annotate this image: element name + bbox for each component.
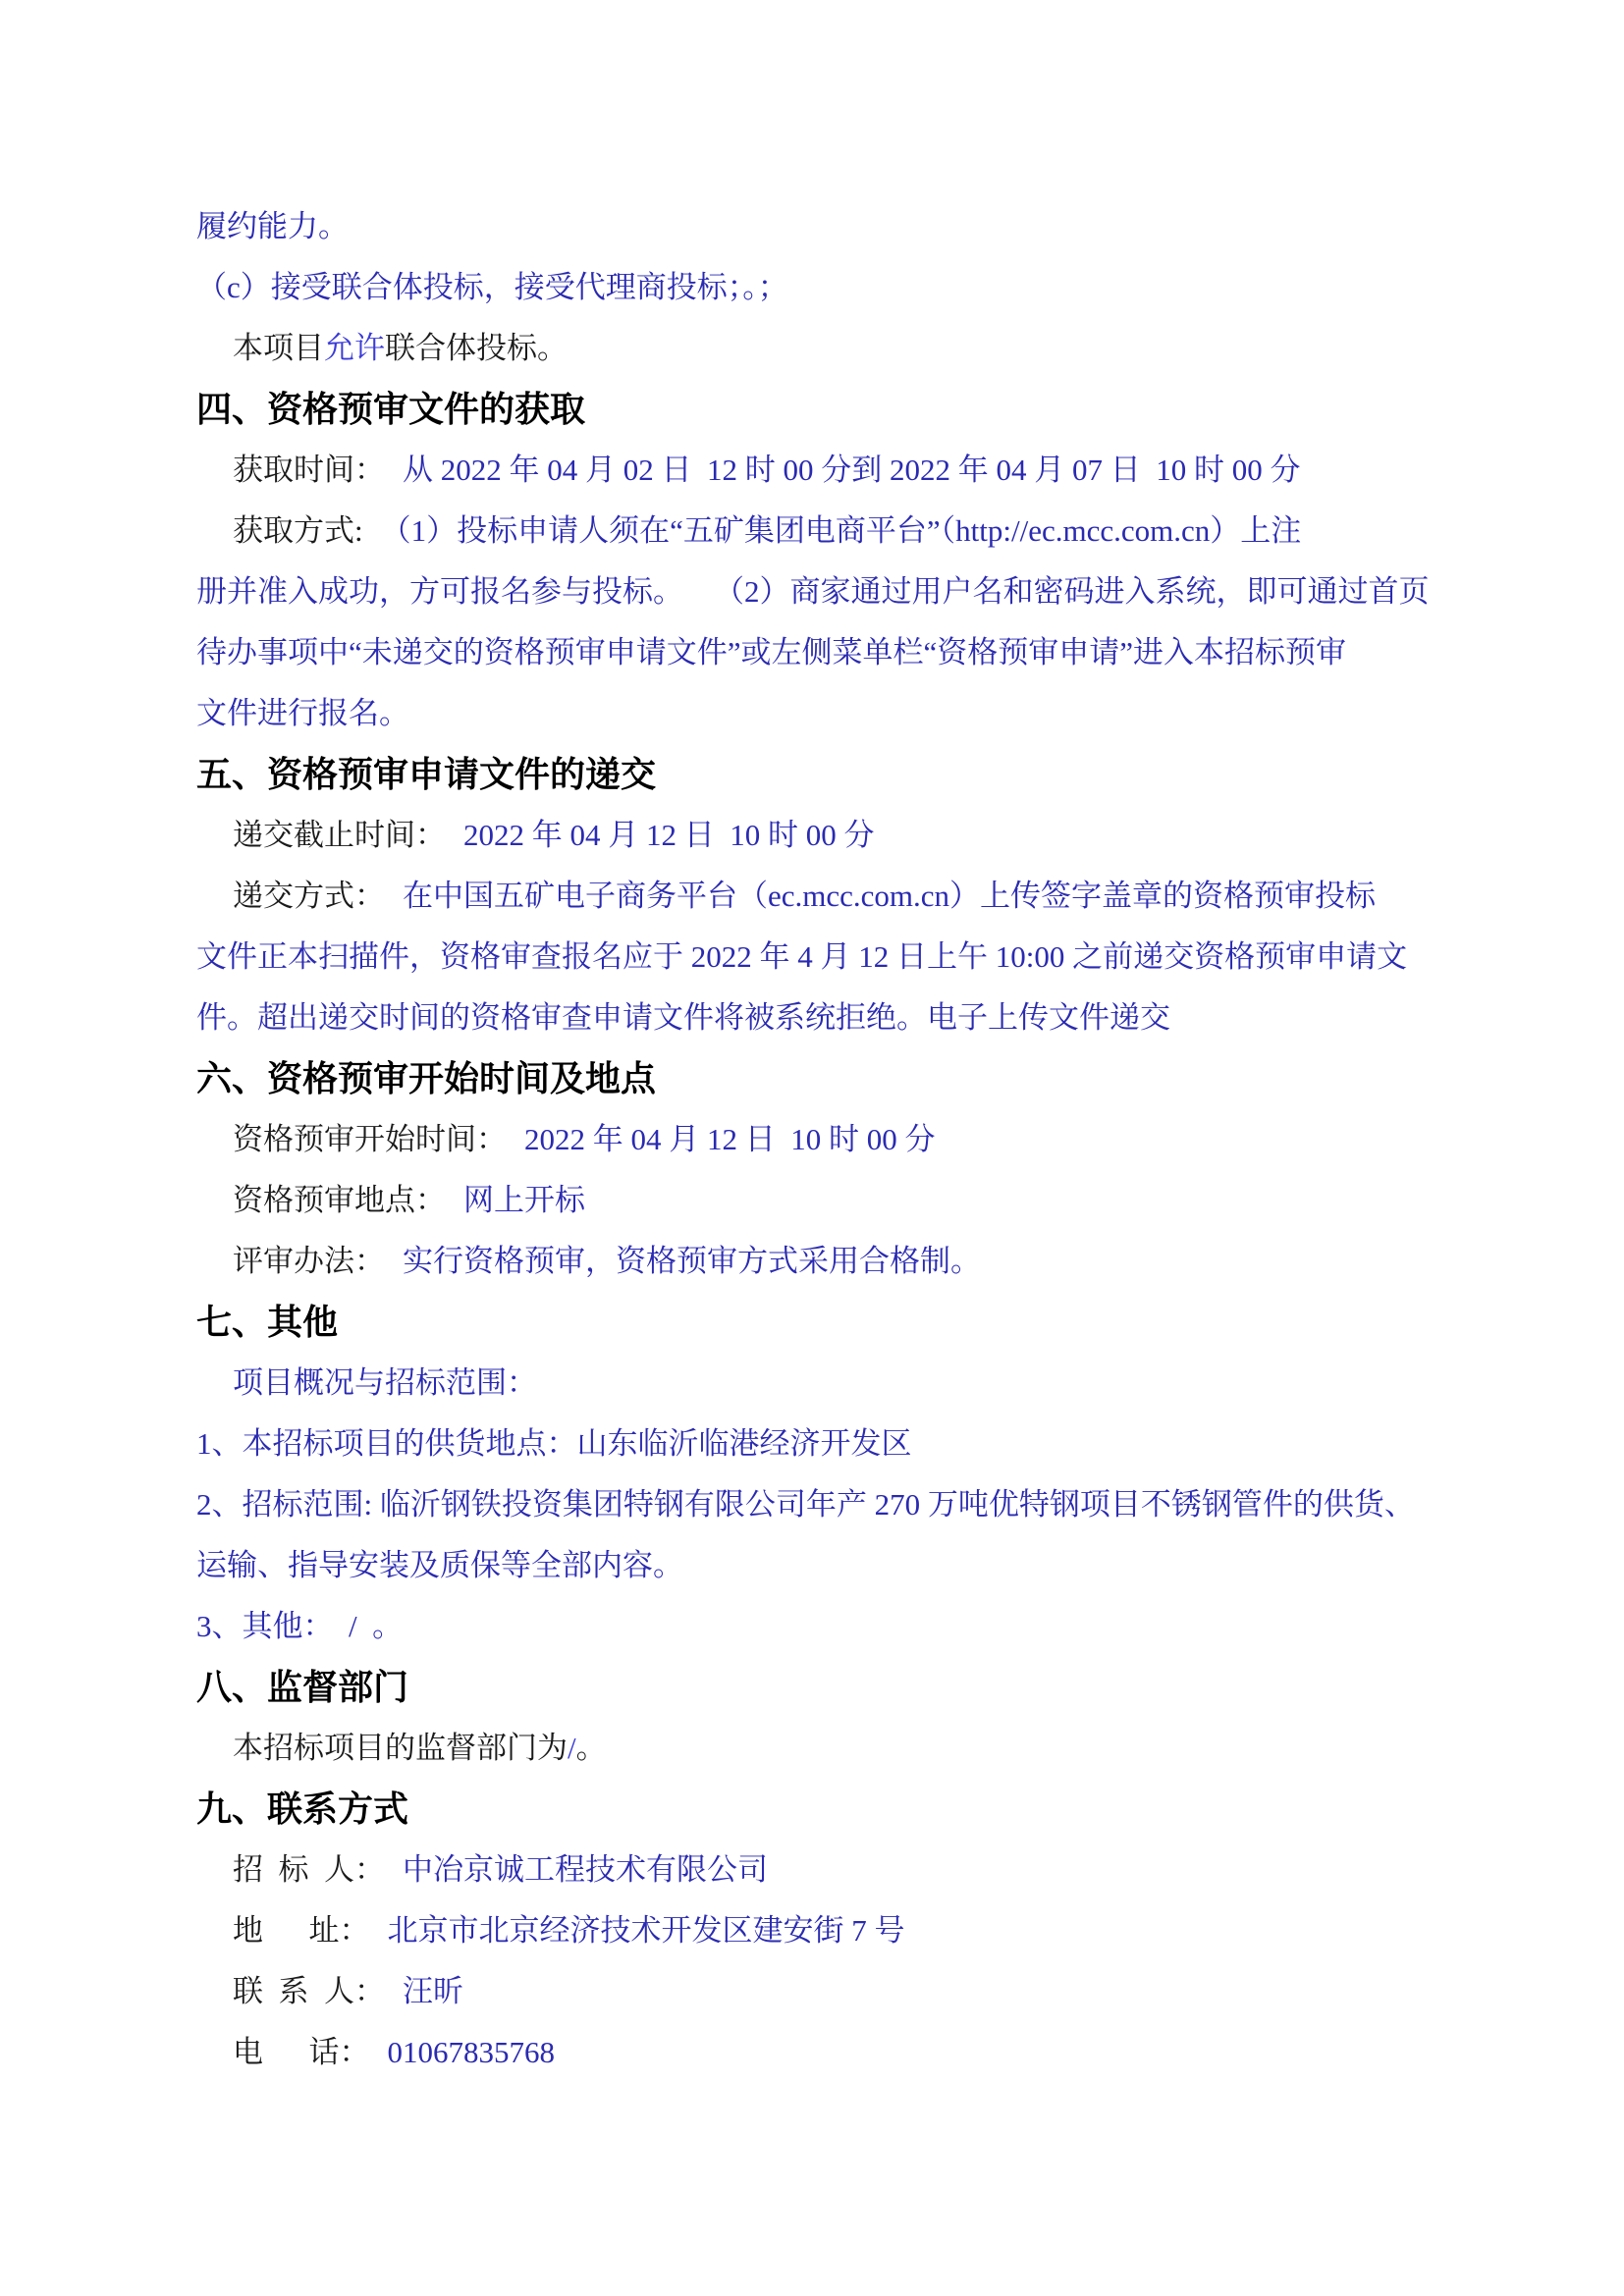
heading-section-7: 七、其他 — [196, 1292, 1463, 1353]
obtain-time-label: 获取时间： — [233, 453, 403, 487]
obtain-time-value: 从 2022 年 04 月 02 日 12 时 00 分到 2022 年 04 … — [403, 453, 1301, 487]
submit-method-line-2: 文件正本扫描件，资格审查报名应于 2022 年 4 月 12 日上午 10:00… — [196, 927, 1463, 988]
heading-section-6: 六、资格预审开始时间及地点 — [196, 1048, 1463, 1109]
contact-row-person: 联 系 人：汪昕 — [196, 1961, 1463, 2022]
heading-section-9: 九、联系方式 — [196, 1779, 1463, 1840]
supply-location-line: 1、本招标项目的供货地点：山东临沂临港经济开发区 — [196, 1414, 1463, 1474]
submit-method-label: 递交方式： — [233, 879, 403, 913]
contact-bidder-value: 中冶京诚工程技术有限公司 — [403, 1852, 768, 1887]
contact-phone-label: 电 话： — [233, 2035, 388, 2069]
obtain-method-label: 获取方式: — [233, 513, 381, 548]
prequal-start-line: 资格预审开始时间：2022 年 04 月 12 日 10 时 00 分 — [196, 1109, 1463, 1170]
consortium-statement-line: 本项目允许联合体投标。 — [196, 318, 1463, 379]
review-method-value: 实行资格预审，资格预审方式采用合格制。 — [403, 1244, 981, 1278]
review-method-line: 评审办法：实行资格预审，资格预审方式采用合格制。 — [196, 1231, 1463, 1292]
obtain-method-value-1: （1）投标申请人须在“五矿集团电商平台”（http://ec.mcc.com.c… — [381, 513, 1302, 548]
prequal-start-label: 资格预审开始时间： — [233, 1122, 524, 1156]
supervision-prefix: 本招标项目的监督部门为 — [233, 1731, 568, 1765]
bid-scope-line-2: 运输、指导安装及质保等全部内容。 — [196, 1535, 1463, 1596]
bid-scope-line-1: 2、招标范围: 临沂钢铁投资集团特钢有限公司年产 270 万吨优特钢项目不锈钢管… — [196, 1474, 1463, 1535]
submit-method-value-1: 在中国五矿电子商务平台（ec.mcc.com.cn）上传签字盖章的资格预审投标 — [403, 879, 1376, 913]
contact-phone-value: 01067835768 — [388, 2035, 556, 2069]
heading-section-4: 四、资格预审文件的获取 — [196, 379, 1463, 440]
supervision-slash: / — [568, 1731, 576, 1765]
contact-row-phone: 电 话：01067835768 — [196, 2022, 1463, 2083]
obtain-method-line-1: 获取方式:（1）投标申请人须在“五矿集团电商平台”（http://ec.mcc.… — [196, 501, 1463, 561]
contact-bidder-label: 招 标 人： — [233, 1852, 403, 1887]
contact-row-address: 地 址：北京市北京经济技术开发区建安街 7 号 — [196, 1900, 1463, 1961]
contact-row-bidder: 招 标 人：中冶京诚工程技术有限公司 — [196, 1840, 1463, 1900]
contact-person-value: 汪昕 — [403, 1974, 463, 2008]
obtain-method-line-3: 待办事项中“未递交的资格预审申请文件”或左侧菜单栏“资格预审申请”进入本招标预审 — [196, 622, 1463, 683]
other-item-line: 3、其他： / 。 — [196, 1596, 1463, 1657]
obtain-method-line-4: 文件进行报名。 — [196, 683, 1463, 744]
prequal-start-value: 2022 年 04 月 12 日 10 时 00 分 — [524, 1122, 936, 1156]
contact-person-label: 联 系 人： — [233, 1974, 403, 2008]
submit-deadline-line: 递交截止时间：2022 年 04 月 12 日 10 时 00 分 — [196, 805, 1463, 866]
supervision-suffix: 。 — [576, 1731, 607, 1765]
obtain-time-line: 获取时间：从 2022 年 04 月 02 日 12 时 00 分到 2022 … — [196, 440, 1463, 501]
prequal-place-value: 网上开标 — [463, 1183, 585, 1217]
project-overview-label: 项目概况与招标范围： — [196, 1353, 1463, 1414]
review-method-label: 评审办法： — [233, 1244, 403, 1278]
prequal-place-label: 资格预审地点： — [233, 1183, 463, 1217]
contact-address-label: 地 址： — [233, 1913, 388, 1948]
contact-address-value: 北京市北京经济技术开发区建安街 7 号 — [388, 1913, 905, 1948]
submit-deadline-label: 递交截止时间： — [233, 818, 463, 852]
submit-method-line-3: 件。超出递交时间的资格审查申请文件将被系统拒绝。电子上传文件递交 — [196, 988, 1463, 1048]
document-page: 履约能力。 （c）接受联合体投标，接受代理商投标；。； 本项目允许联合体投标。 … — [196, 196, 1463, 2083]
consortium-highlight: 允许 — [324, 331, 385, 365]
performance-capability-line: 履约能力。 — [196, 196, 1463, 257]
clause-c-line: （c）接受联合体投标，接受代理商投标；。； — [196, 257, 1463, 318]
submit-deadline-value: 2022 年 04 月 12 日 10 时 00 分 — [463, 818, 875, 852]
supervision-line: 本招标项目的监督部门为/。 — [196, 1718, 1463, 1779]
heading-section-8: 八、监督部门 — [196, 1657, 1463, 1718]
consortium-prefix: 本项目 — [233, 331, 324, 365]
submit-method-line-1: 递交方式：在中国五矿电子商务平台（ec.mcc.com.cn）上传签字盖章的资格… — [196, 866, 1463, 927]
obtain-method-line-2: 册并准入成功，方可报名参与投标。 （2）商家通过用户名和密码进入系统，即可通过首… — [196, 561, 1463, 622]
consortium-suffix: 联合体投标。 — [385, 331, 568, 365]
prequal-place-line: 资格预审地点：网上开标 — [196, 1170, 1463, 1231]
heading-section-5: 五、资格预审申请文件的递交 — [196, 744, 1463, 805]
